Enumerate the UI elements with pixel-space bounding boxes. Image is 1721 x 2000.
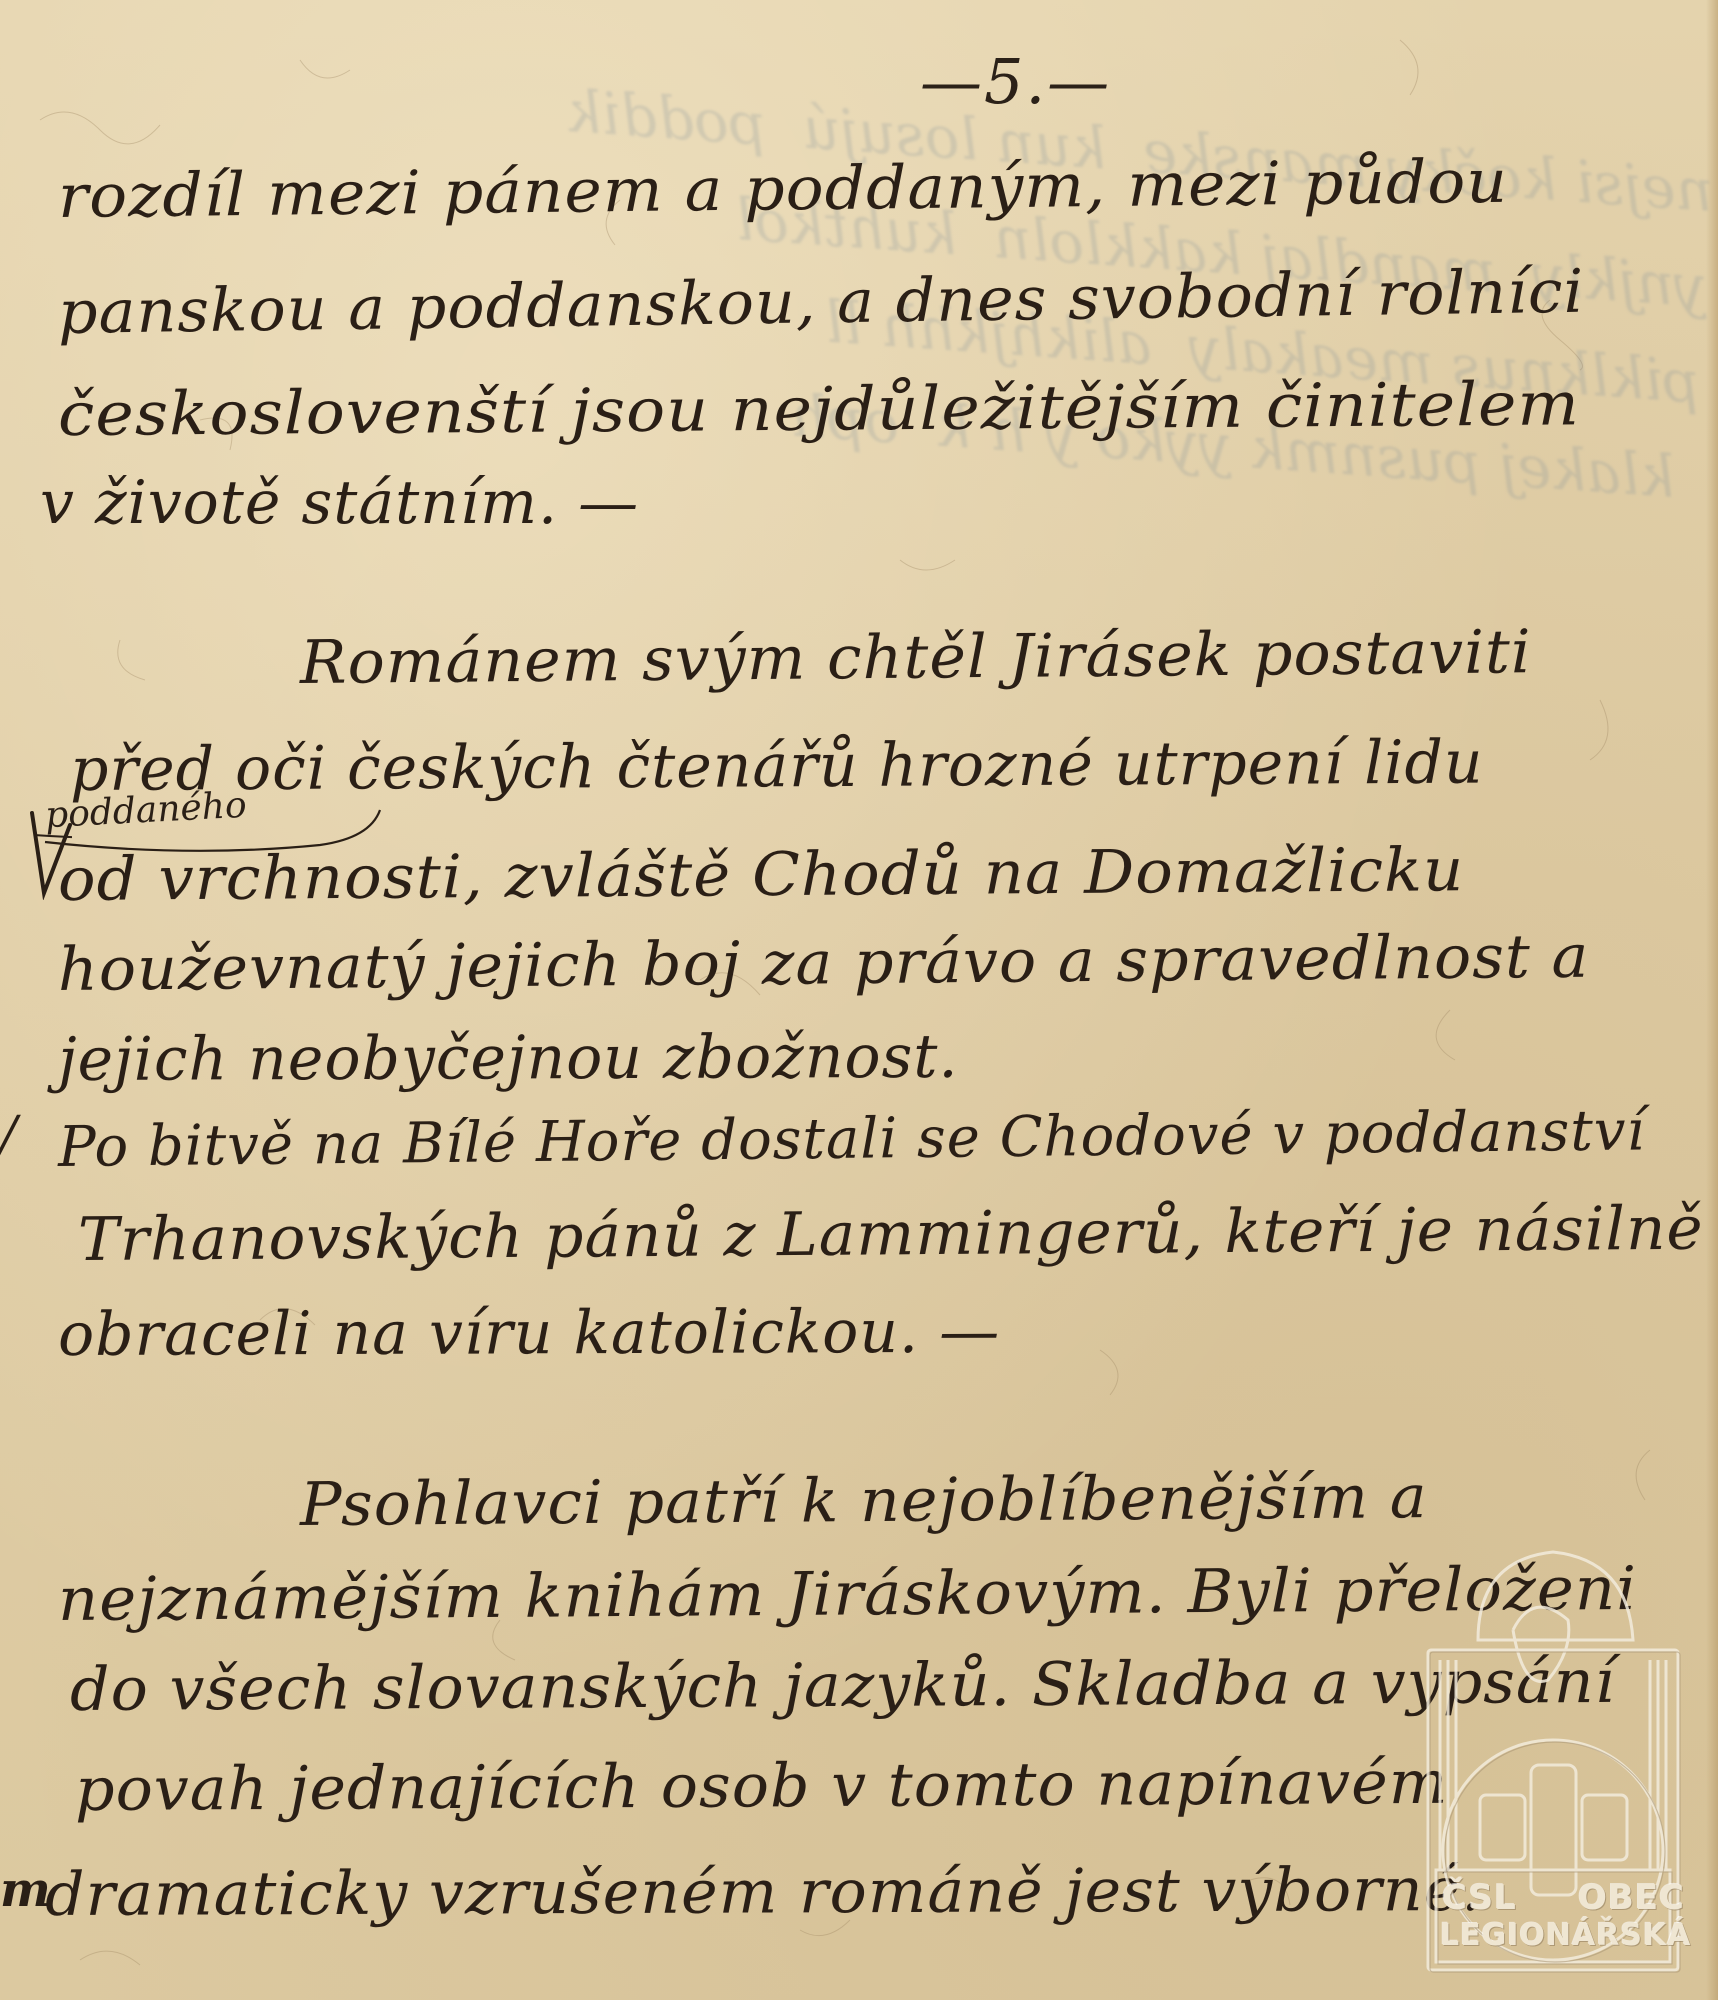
text-line-6: před oči českých čtenářů hrozné utrpení …: [70, 728, 1484, 805]
text-line-16: povah jednajících osob v tomto napínavém: [75, 1748, 1449, 1825]
text-line-10: Po bitvě na Bílé Hoře dostali se Chodové…: [58, 1098, 1646, 1180]
text-line-17: dramaticky vzrušeném románě jest výborné…: [45, 1855, 1482, 1930]
stamp-text-obec: OBEC: [1578, 1878, 1685, 1918]
text-line-13: Psohlavci patří k nejoblíbenějším a: [300, 1462, 1428, 1540]
text-line-3: českoslovenští jsou nejdůležitějším čini…: [58, 369, 1580, 450]
page-number: —5.—: [920, 45, 1111, 118]
text-line-1: rozdíl mezi pánem a poddaným, mezi půdou: [58, 147, 1509, 232]
text-line-9: jejich neobyčejnou zbožnost.: [58, 1022, 959, 1095]
text-line-15: do všech slovanských jazyků. Skladba a v…: [70, 1647, 1616, 1725]
margin-m-mark: m: [0, 1862, 51, 1918]
text-line-12: obraceli na víru katolickou. —: [58, 1297, 1000, 1370]
text-line-14: nejznámějším knihám Jiráskovým. Byli pře…: [58, 1554, 1638, 1635]
manuscript-page: nejsi kočky manske kun losujú poddik ynj…: [0, 0, 1718, 2000]
text-line-4: v životě státním. —: [40, 468, 639, 538]
text-line-7: od vrchnosti, zvláště Chodů na Domažlick…: [58, 835, 1465, 915]
text-line-5: Románem svým chtěl Jirásek postaviti: [300, 617, 1532, 698]
text-line-8: houževnatý jejich boj za právo a spraved…: [58, 922, 1590, 1005]
margin-slash-mark: /: [0, 1105, 17, 1163]
bleed-through-writing: nejsi kočky manske kun losujú poddik ynj…: [463, 58, 1716, 662]
text-line-11: Trhanovských pánů z Lammingerů, kteří je…: [78, 1194, 1704, 1275]
text-line-2: panskou a poddanskou, a dnes svobodní ro…: [58, 257, 1585, 348]
